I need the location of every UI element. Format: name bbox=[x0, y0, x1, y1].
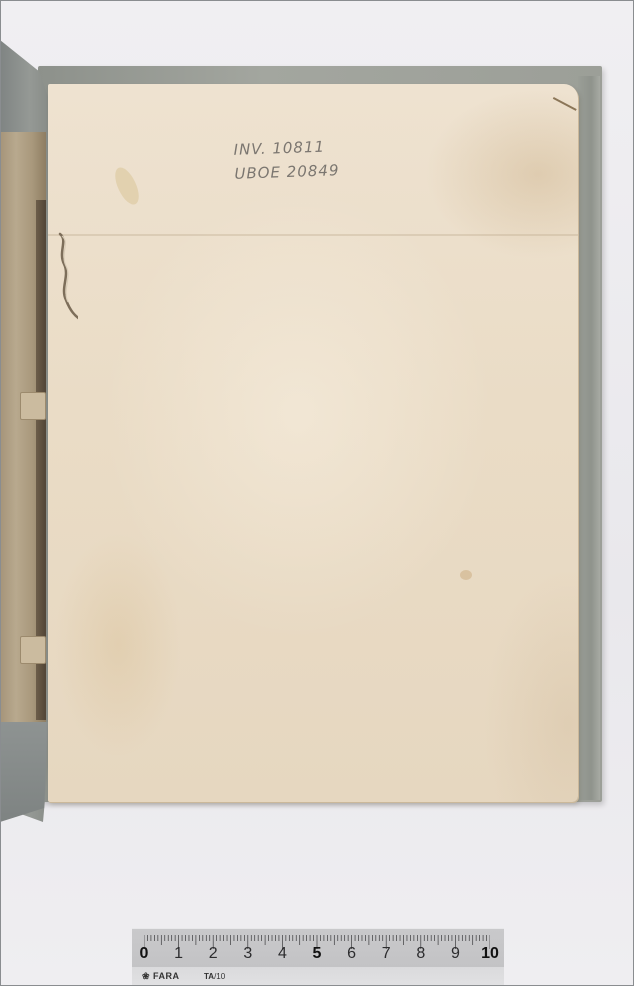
scale-ruler: 0 1 2 3 4 5 6 7 8 9 10 ❀ FARA TA/10 bbox=[132, 928, 504, 985]
folder-bottom-left-corner bbox=[0, 722, 48, 822]
ruler-brand-logo: ❀ FARA bbox=[142, 971, 180, 982]
ruler-number: 8 bbox=[416, 945, 425, 963]
ruler-number: 2 bbox=[209, 945, 218, 963]
ruler-number: 3 bbox=[243, 945, 252, 963]
ruler-number: 5 bbox=[313, 945, 322, 963]
ruler-model-suffix: /10 bbox=[214, 972, 225, 981]
document-page: INV. 10811 UBOE 20849 bbox=[48, 84, 578, 802]
ruler-number: 1 bbox=[174, 945, 183, 963]
page-stain bbox=[460, 570, 472, 580]
page-stain bbox=[110, 164, 143, 208]
ruler-brand-name: FARA bbox=[153, 971, 180, 981]
ruler-number-row: 0 1 2 3 4 5 6 7 8 9 10 bbox=[132, 945, 504, 965]
spine-binding-tab bbox=[20, 392, 46, 420]
pencil-inventory-note: INV. 10811 UBOE 20849 bbox=[233, 134, 340, 186]
ruler-model-prefix: TA bbox=[204, 972, 214, 981]
ruler-model: TA/10 bbox=[204, 972, 225, 981]
ruler-number: 7 bbox=[382, 945, 391, 963]
inventory-number: INV. 10811 bbox=[233, 134, 339, 162]
page-corner-tear bbox=[545, 97, 576, 125]
folder-right-edge bbox=[578, 76, 600, 800]
page-crease bbox=[48, 234, 578, 236]
ruler-number: 0 bbox=[140, 945, 149, 963]
ruler-number: 6 bbox=[347, 945, 356, 963]
ruler-number: 9 bbox=[451, 945, 460, 963]
ruler-number: 4 bbox=[278, 945, 287, 963]
shelf-number: UBOE 20849 bbox=[234, 158, 340, 186]
ruler-number: 10 bbox=[481, 945, 499, 963]
spine-binding-tab bbox=[20, 636, 46, 664]
binding-thread-icon bbox=[54, 230, 78, 326]
